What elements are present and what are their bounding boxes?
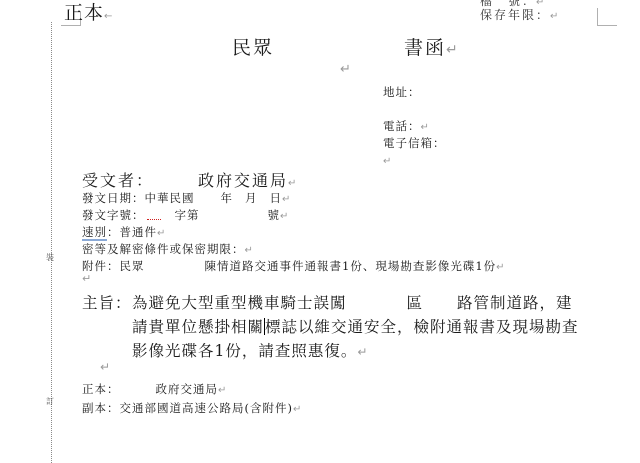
binding-label-top: 裝 bbox=[46, 252, 54, 263]
return-mark-icon: ↵ bbox=[446, 42, 460, 58]
paragraph-mark-icon: ↵ bbox=[100, 360, 110, 374]
return-mark-icon: ↵ bbox=[357, 345, 368, 359]
phone-field: 電話：↵ bbox=[383, 118, 446, 135]
subject-label: 主旨： bbox=[82, 291, 132, 315]
paragraph-mark-line: ↵ bbox=[383, 152, 446, 169]
return-mark-icon: ↵ bbox=[496, 262, 505, 273]
doc-title-sender: 民眾 bbox=[232, 33, 274, 60]
speed-line: 速別：普通件↵ bbox=[82, 224, 506, 241]
return-mark-icon: ↵ bbox=[245, 245, 254, 256]
main-recipient-line: 正本：政府交通局↵ bbox=[82, 380, 302, 399]
return-mark-icon: ↵ bbox=[280, 211, 289, 222]
arrow-mark-icon: ← bbox=[104, 11, 113, 22]
subject-line-1: 主旨：為避免大型重型機車騎士誤闖區路管制道路，建 bbox=[82, 291, 579, 315]
distribution-block: 正本：政府交通局↵ 副本：交通部國道高速公路局(含附件)↵ bbox=[82, 380, 302, 418]
cc-recipient-line: 副本：交通部國道高速公路局(含附件)↵ bbox=[82, 399, 302, 418]
return-mark-icon: ↵ bbox=[288, 178, 298, 189]
retention-period-field: 保存年限：↵ bbox=[480, 6, 560, 23]
recipient-line: 受文者：政府交通局↵ bbox=[82, 168, 298, 191]
return-mark-icon: ↵ bbox=[157, 228, 166, 239]
return-mark-icon: ↵ bbox=[421, 122, 430, 133]
issue-date-line: 發文日期：中華民國年月日↵ bbox=[82, 190, 506, 207]
document-meta-block: 發文日期：中華民國年月日↵ 發文字號：字第號↵ 速別：普通件↵ 密等及解密條件或… bbox=[82, 190, 506, 275]
subject-paragraph[interactable]: 主旨：為避免大型重型機車騎士誤闖區路管制道路，建 請貴單位懸掛相關標誌以維交通安… bbox=[82, 291, 579, 363]
attachment-line: 附件：民眾陳情道路交通事件通報書1份、現場勘查影像光碟1份↵ bbox=[82, 258, 506, 275]
subject-line-3: 影像光碟各1份，請查照惠復。↵ bbox=[82, 339, 579, 363]
reference-number-line: 發文字號：字第號↵ bbox=[82, 207, 506, 224]
sender-info-block: 地址： 電話：↵ 電子信箱： ↵ bbox=[383, 84, 446, 169]
paragraph-mark-icon: ↵ bbox=[82, 272, 91, 285]
secrecy-line: 密等及解密條件或保密期限：↵ bbox=[82, 241, 506, 258]
binding-label-bottom: 訂 bbox=[46, 396, 54, 407]
return-mark-icon: ↵ bbox=[550, 11, 560, 22]
spellcheck-underline bbox=[147, 207, 161, 220]
return-mark-icon: ↵ bbox=[218, 385, 227, 396]
document-page[interactable]: 裝 訂 正本← 檔 號：↵ 保存年限：↵ 民眾 書函↵ ↵ 地址： 電話：↵ 電… bbox=[0, 0, 640, 463]
return-mark-icon: ↵ bbox=[293, 404, 302, 415]
subject-line-2: 請貴單位懸掛相關標誌以維交通安全，檢附通報書及現場勘查 bbox=[82, 315, 579, 339]
doc-title-type: 書函↵ bbox=[404, 33, 460, 60]
paragraph-mark-icon: ↵ bbox=[340, 62, 351, 77]
margin-corner-top-right bbox=[597, 8, 617, 26]
recipient-label: 受文者： bbox=[82, 171, 154, 190]
recipient-value: 政府交通局 bbox=[198, 171, 288, 190]
return-mark-icon: ↵ bbox=[383, 156, 392, 167]
speed-label: 速別 bbox=[82, 225, 107, 241]
blank-line bbox=[383, 101, 446, 118]
email-field: 電子信箱： bbox=[383, 135, 446, 152]
address-field: 地址： bbox=[383, 84, 446, 101]
copy-type-heading: 正本← bbox=[64, 0, 113, 25]
return-mark-icon: ↵ bbox=[282, 194, 291, 205]
